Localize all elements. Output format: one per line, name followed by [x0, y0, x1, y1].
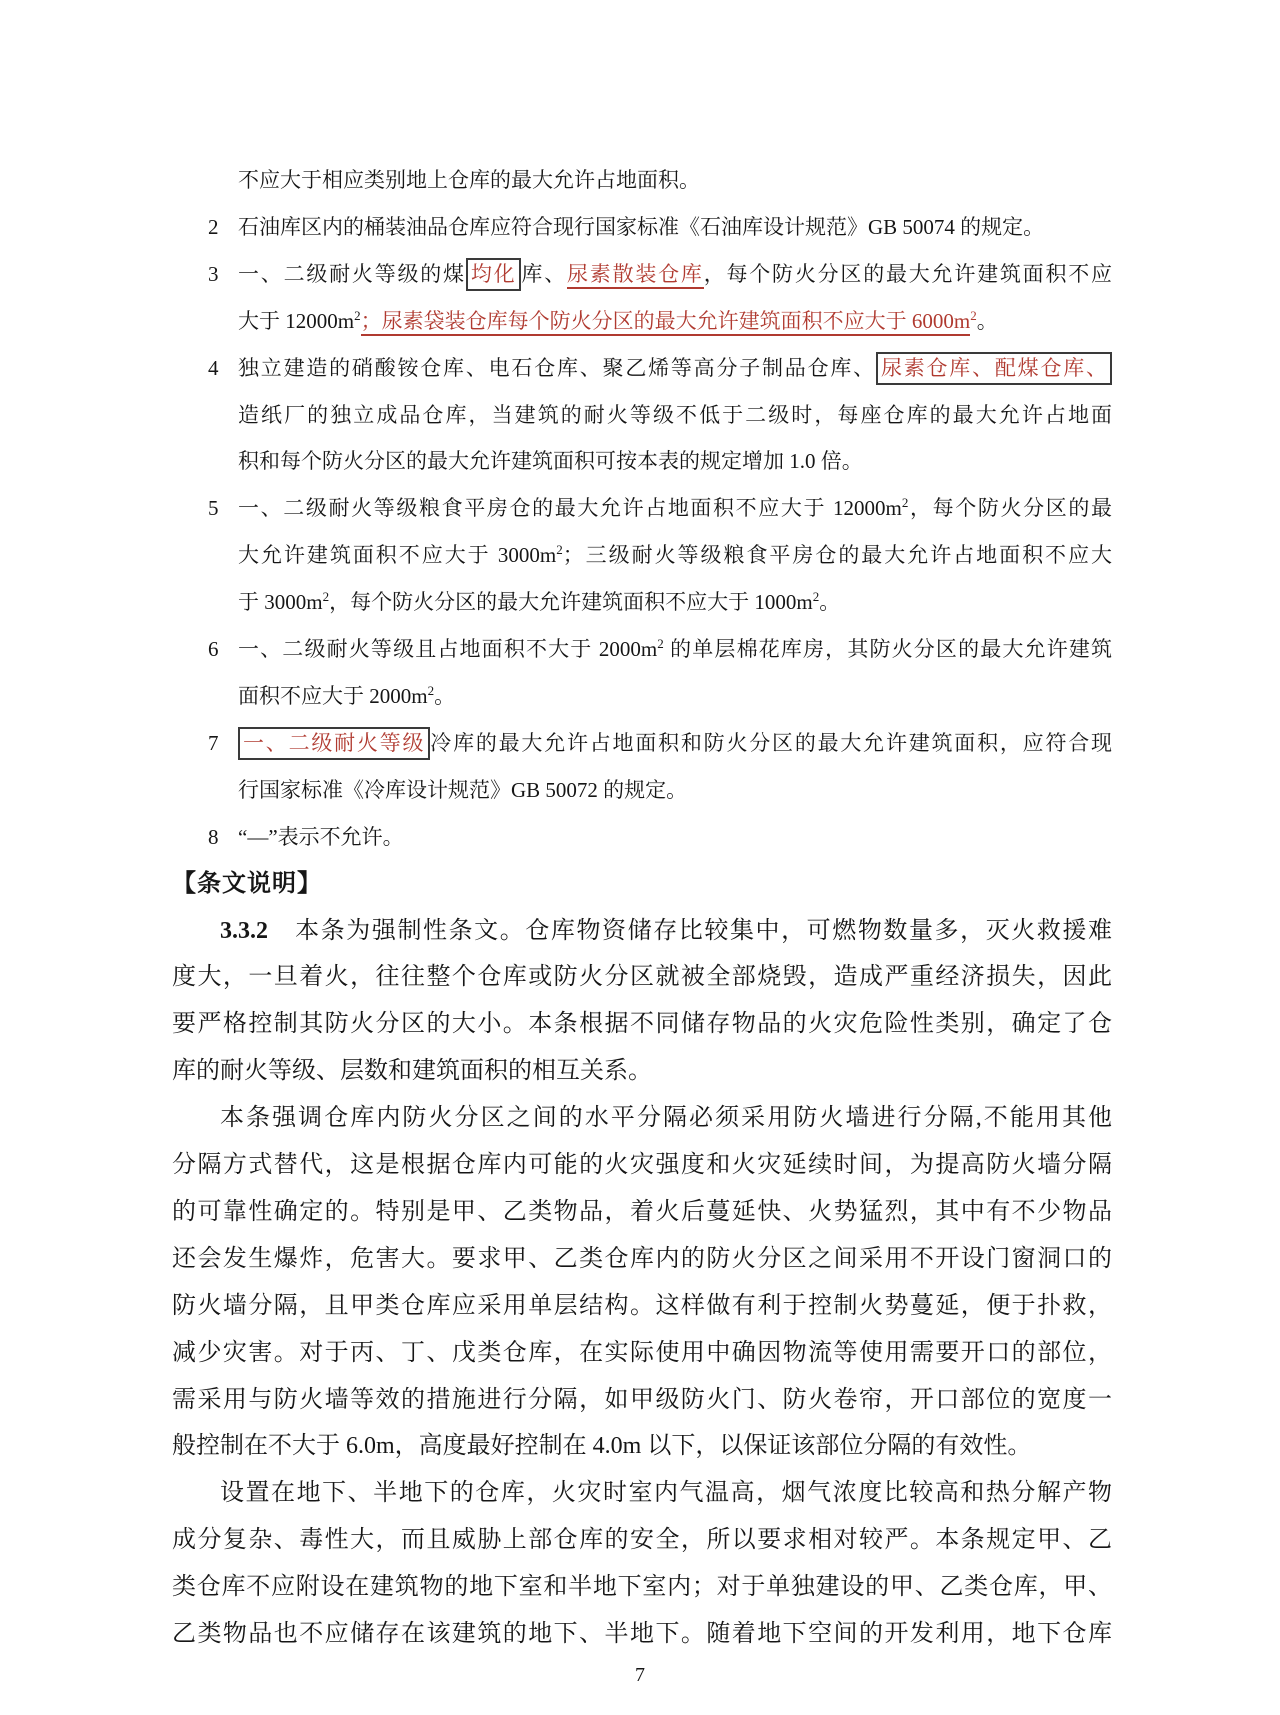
explanation-paragraphs: 3.3.2 本条为强制性条文。仓库物资储存比较集中，可燃物数量多，灭火救援难度大…: [172, 908, 1112, 1659]
text-line: 3.3.2 本条为强制性条文。仓库物资储存比较集中，可燃物数量多，灭火救援难: [172, 908, 1112, 955]
text-line: 的可靠性确定的。特别是甲、乙类物品，着火后蔓延快、火势猛烈，其中有不少物品: [172, 1189, 1112, 1236]
text-line: 独立建造的硝酸铵仓库、电石仓库、聚乙烯等高分子制品仓库、尿素仓库、配煤仓库、: [238, 345, 1112, 392]
text-segment: 防火墙分隔，且甲类仓库应采用单层结构。这样做有利于控制火势蔓延，便于扑救，: [172, 1293, 1112, 1319]
text-line: 一、二级耐火等级且占地面积不大于 2000m2 的单层棉花库房，其防火分区的最大…: [238, 626, 1112, 673]
text-line: 乙类物品也不应储存在该建筑的地下、半地下。随着地下空间的开发利用，地下仓库: [172, 1611, 1112, 1658]
text-line: 成分复杂、毒性大，而且威胁上部仓库的安全，所以要求相对较严。本条规定甲、乙: [172, 1517, 1112, 1564]
page-number: 7: [0, 1662, 1280, 1688]
explanation-paragraph: 3.3.2 本条为强制性条文。仓库物资储存比较集中，可燃物数量多，灭火救援难度大…: [172, 908, 1112, 1096]
provision-note: 3一、二级耐火等级的煤均化库、尿素散装仓库，每个防火分区的最大允许建筑面积不应大…: [172, 251, 1112, 345]
text-line: 需采用与防火墙等效的措施进行分隔，如甲级防火门、防火卷帘，开口部位的宽度一: [172, 1377, 1112, 1424]
text-segment: 设置在地下、半地下的仓库，火灾时室内气温高，烟气浓度比较高和热分解产物: [220, 1480, 1112, 1506]
text-segment: 还会发生爆炸，危害大。要求甲、乙类仓库内的防火分区之间采用不开设门窗洞口的: [172, 1246, 1112, 1272]
superscript: 2: [354, 308, 361, 323]
text-segment: 库的耐火等级、层数和建筑面积的相互关系。: [172, 1058, 652, 1084]
text-segment: 库、: [521, 262, 567, 286]
note-number: 8: [208, 814, 219, 861]
text-line: 本条强调仓库内防火分区之间的水平分隔必须采用防火墙进行分隔,不能用其他: [172, 1095, 1112, 1142]
revision-boxed-text: 均化: [466, 258, 522, 291]
provision-note: 7一、二级耐火等级冷库的最大允许占地面积和防火分区的最大允许建筑面积，应符合现行…: [172, 720, 1112, 814]
text-segment: 一、二级耐火等级的煤: [238, 262, 466, 286]
table-note-continuation-line: 不应大于相应类别地上仓库的最大允许占地面积。: [172, 157, 1112, 204]
text-segment: 需采用与防火墙等效的措施进行分隔，如甲级防火门、防火卷帘，开口部位的宽度一: [172, 1387, 1112, 1413]
revision-boxed-text: 尿素仓库、配煤仓库、: [876, 352, 1112, 385]
text-segment: 冷库的最大允许占地面积和防火分区的最大允许建筑面积，应符合现: [430, 731, 1112, 755]
explanation-paragraph: 本条强调仓库内防火分区之间的水平分隔必须采用防火墙进行分隔,不能用其他分隔方式替…: [172, 1095, 1112, 1470]
text-line: 分隔方式替代，这是根据仓库内可能的火灾强度和火灾延续时间，为提高防火墙分隔: [172, 1142, 1112, 1189]
text-segment: 要严格控制其防火分区的大小。本条根据不同储存物品的火灾危险性类别，确定了仓: [172, 1011, 1112, 1037]
text-line: 般控制在不大于 6.0m，高度最好控制在 4.0m 以下，以保证该部位分隔的有效…: [172, 1423, 1112, 1470]
explanation-paragraph: 设置在地下、半地下的仓库，火灾时室内气温高，烟气浓度比较高和热分解产物成分复杂、…: [172, 1470, 1112, 1658]
text-line: 库的耐火等级、层数和建筑面积的相互关系。: [172, 1048, 1112, 1095]
text-line: 造纸厂的独立成品仓库，当建筑的耐火等级不低于二级时，每座仓库的最大允许占地面: [238, 392, 1112, 439]
table-notes-block: 不应大于相应类别地上仓库的最大允许占地面积。 2石油库区内的桶装油品仓库应符合现…: [172, 157, 1112, 861]
provision-note: 5一、二级耐火等级粮食平房仓的最大允许占地面积不应大于 12000m2，每个防火…: [172, 485, 1112, 626]
revision-underlined-text: 尿素散装仓库: [567, 262, 704, 289]
text-segment: ；三级耐火等级粮食平房仓的最大允许占地面积不应大: [563, 543, 1112, 567]
note-number: 7: [208, 720, 219, 767]
provision-note: 6一、二级耐火等级且占地面积不大于 2000m2 的单层棉花库房，其防火分区的最…: [172, 626, 1112, 720]
text-line: 面积不应大于 2000m2。: [238, 673, 1112, 720]
text-line: 积和每个防火分区的最大允许建筑面积可按本表的规定增加 1.0 倍。: [238, 438, 1112, 485]
text-segment: 积和每个防火分区的最大允许建筑面积可按本表的规定增加 1.0 倍。: [238, 449, 863, 473]
text-segment: 乙类物品也不应储存在该建筑的地下、半地下。随着地下空间的开发利用，地下仓库: [172, 1621, 1112, 1647]
note-number: 3: [208, 251, 219, 298]
text-line: 度大，一旦着火，往往整个仓库或防火分区就被全部烧毁，造成严重经济损失，因此: [172, 954, 1112, 1001]
text-line: 防火墙分隔，且甲类仓库应采用单层结构。这样做有利于控制火势蔓延，便于扑救，: [172, 1283, 1112, 1330]
provision-note: 8“—”表示不允许。: [172, 814, 1112, 861]
text-segment: 面积不应大于 2000m: [238, 684, 428, 708]
text-segment: 。: [819, 590, 840, 614]
text-segment: ，每个防火分区的最大允许建筑面积不应: [704, 262, 1112, 286]
text-segment: 。: [977, 309, 998, 333]
text-segment: 石油库区内的桶装油品仓库应符合现行国家标准《石油库设计规范》GB 50074 的…: [238, 215, 1044, 239]
text-line: 一、二级耐火等级的煤均化库、尿素散装仓库，每个防火分区的最大允许建筑面积不应: [238, 251, 1112, 298]
bold-text: 3.3.2: [220, 918, 268, 944]
text-segment: 独立建造的硝酸铵仓库、电石仓库、聚乙烯等高分子制品仓库、: [238, 356, 876, 380]
text-segment: ，每个防火分区的最大允许建筑面积不应大于 1000m: [329, 590, 813, 614]
text-line: 还会发生爆炸，危害大。要求甲、乙类仓库内的防火分区之间采用不开设门窗洞口的: [172, 1236, 1112, 1283]
revision-boxed-text: 一、二级耐火等级: [238, 727, 430, 760]
text-line: 石油库区内的桶装油品仓库应符合现行国家标准《石油库设计规范》GB 50074 的…: [238, 204, 1112, 251]
text-segment: 成分复杂、毒性大，而且威胁上部仓库的安全，所以要求相对较严。本条规定甲、乙: [172, 1527, 1112, 1553]
text-segment: 减少灾害。对于丙、丁、戊类仓库，在实际使用中确因物流等使用需要开口的部位，: [172, 1340, 1112, 1366]
text-line: 于 3000m2，每个防火分区的最大允许建筑面积不应大于 1000m2。: [238, 579, 1112, 626]
text-line: 行国家标准《冷库设计规范》GB 50072 的规定。: [238, 767, 1112, 814]
text-segment: 。: [434, 684, 455, 708]
text-segment: 行国家标准《冷库设计规范》GB 50072 的规定。: [238, 778, 687, 802]
text-line: 大允许建筑面积不应大于 3000m2；三级耐火等级粮食平房仓的最大允许占地面积不…: [238, 532, 1112, 579]
table-notes-list: 2石油库区内的桶装油品仓库应符合现行国家标准《石油库设计规范》GB 50074 …: [172, 204, 1112, 861]
text-segment: 般控制在不大于 6.0m，高度最好控制在 4.0m 以下，以保证该部位分隔的有效…: [172, 1433, 1031, 1459]
note-number: 5: [208, 485, 219, 532]
text-segment: 于 3000m: [238, 590, 323, 614]
note-number: 6: [208, 626, 219, 673]
text-segment: ，每个防火分区的最: [908, 496, 1112, 520]
text-segment: 的单层棉花库房，其防火分区的最大允许建筑: [664, 637, 1112, 661]
text-segment: 一、二级耐火等级粮食平房仓的最大允许占地面积不应大于 12000m: [238, 496, 902, 520]
text-segment: 造纸厂的独立成品仓库，当建筑的耐火等级不低于二级时，每座仓库的最大允许占地面: [238, 403, 1112, 427]
text-line: 减少灾害。对于丙、丁、戊类仓库，在实际使用中确因物流等使用需要开口的部位，: [172, 1330, 1112, 1377]
explanation-section-header: 【条文说明】: [172, 861, 1112, 908]
text-line: “—”表示不允许。: [238, 814, 1112, 861]
text-line: 设置在地下、半地下的仓库，火灾时室内气温高，烟气浓度比较高和热分解产物: [172, 1470, 1112, 1517]
text-segment: “—”表示不允许。: [238, 825, 404, 849]
provision-note: 2石油库区内的桶装油品仓库应符合现行国家标准《石油库设计规范》GB 50074 …: [172, 204, 1112, 251]
text-segment: 本条为强制性条文。仓库物资储存比较集中，可燃物数量多，灭火救援难: [268, 918, 1112, 944]
text-segment: 分隔方式替代，这是根据仓库内可能的火灾强度和火灾延续时间，为提高防火墙分隔: [172, 1152, 1112, 1178]
note-number: 2: [208, 204, 219, 251]
text-segment: 大允许建筑面积不应大于 3000m: [238, 543, 556, 567]
page-content: 不应大于相应类别地上仓库的最大允许占地面积。 2石油库区内的桶装油品仓库应符合现…: [172, 157, 1112, 1658]
text-segment: 一、二级耐火等级且占地面积不大于 2000m: [238, 637, 657, 661]
document-page: 不应大于相应类别地上仓库的最大允许占地面积。 2石油库区内的桶装油品仓库应符合现…: [0, 0, 1280, 1715]
note-number: 4: [208, 345, 219, 392]
text-line: 大于 12000m2；尿素袋装仓库每个防火分区的最大允许建筑面积不应大于 600…: [238, 298, 1112, 345]
provision-note: 4独立建造的硝酸铵仓库、电石仓库、聚乙烯等高分子制品仓库、尿素仓库、配煤仓库、造…: [172, 345, 1112, 486]
text-segment: 类仓库不应附设在建筑物的地下室和半地下室内；对于单独建设的甲、乙类仓库，甲、: [172, 1574, 1112, 1600]
text-line: 一、二级耐火等级粮食平房仓的最大允许占地面积不应大于 12000m2，每个防火分…: [238, 485, 1112, 532]
text-line: 要严格控制其防火分区的大小。本条根据不同储存物品的火灾危险性类别，确定了仓: [172, 1001, 1112, 1048]
text-segment: 度大，一旦着火，往往整个仓库或防火分区就被全部烧毁，造成严重经济损失，因此: [172, 964, 1112, 990]
text-segment: 本条强调仓库内防火分区之间的水平分隔必须采用防火墙进行分隔,不能用其他: [220, 1105, 1112, 1131]
text-segment: 大于 12000m: [238, 309, 354, 333]
text-line: 一、二级耐火等级冷库的最大允许占地面积和防火分区的最大允许建筑面积，应符合现: [238, 720, 1112, 767]
text-line: 类仓库不应附设在建筑物的地下室和半地下室内；对于单独建设的甲、乙类仓库，甲、: [172, 1564, 1112, 1611]
text-segment: 的可靠性确定的。特别是甲、乙类物品，着火后蔓延快、火势猛烈，其中有不少物品: [172, 1199, 1112, 1225]
revision-underlined-text: ；尿素袋装仓库每个防火分区的最大允许建筑面积不应大于 6000m: [361, 309, 971, 336]
